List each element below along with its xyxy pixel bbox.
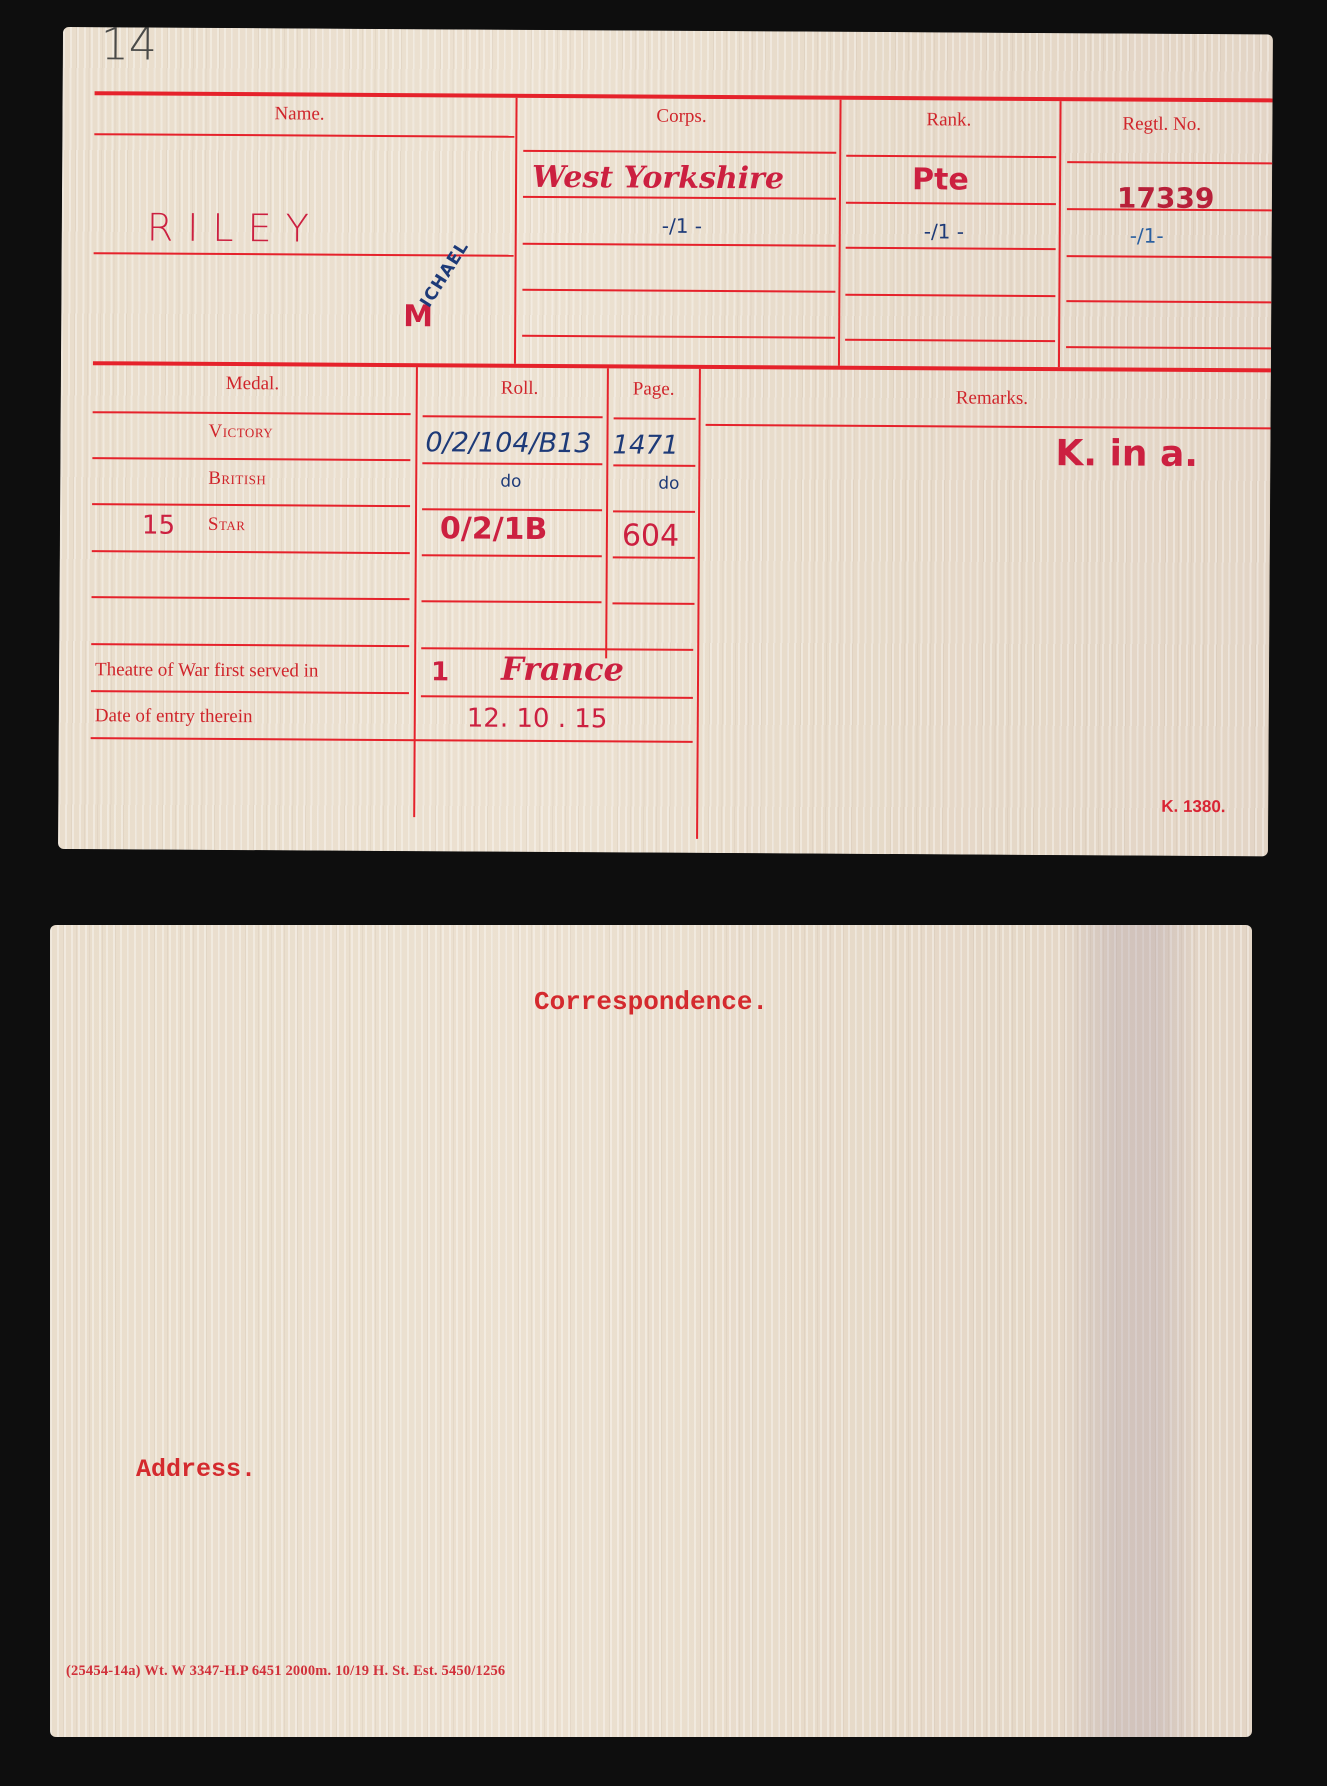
rule-page-5 <box>612 602 694 605</box>
divider-page-remarks <box>696 369 701 839</box>
divider-medal-roll <box>413 367 418 817</box>
divider-roll-page <box>605 368 609 658</box>
corps-value: West Yorkshire <box>532 160 784 197</box>
medal-index-card-back: Correspondence. Address. (25454-14a) Wt.… <box>50 925 1252 1737</box>
theatre-value: France <box>501 650 624 689</box>
rule-rank-1 <box>846 155 1056 158</box>
regt-no-ditto: -/1- <box>1130 224 1164 248</box>
star-roll: 0/2/1B <box>440 511 548 547</box>
corps-ditto: -/1 - <box>662 214 702 238</box>
victory-roll: 0/2/104/B13 <box>425 427 591 459</box>
rule-page-4 <box>613 556 695 559</box>
rule-rank-2 <box>846 202 1056 205</box>
medal-victory-label: Victory <box>208 421 273 443</box>
rule-medal-3 <box>92 503 410 507</box>
entry-date-value: 12. 10 . 15 <box>467 703 608 734</box>
rule-page-3 <box>613 510 695 513</box>
rule-regt-3 <box>1067 255 1272 258</box>
rule-corps-4 <box>522 289 835 293</box>
rule-roll-4 <box>422 554 602 557</box>
rule-top <box>95 91 1273 102</box>
rule-regt-5 <box>1066 346 1271 349</box>
rule-regt-4 <box>1066 300 1271 303</box>
rule-remarks-1 <box>706 424 1271 429</box>
rule-corps-1 <box>523 150 836 154</box>
medal-british-label: British <box>208 468 266 490</box>
header-roll: Roll. <box>501 378 539 400</box>
rule-roll-5 <box>421 600 601 603</box>
theatre-label: Theatre of War first served in <box>95 659 319 682</box>
header-corps: Corps. <box>656 106 706 128</box>
victory-page: 1471 <box>612 430 678 460</box>
rank-value: Pte <box>912 162 969 197</box>
rule-page-2 <box>613 464 695 467</box>
form-number: K. 1380. <box>1161 797 1225 817</box>
british-roll: do <box>500 472 521 492</box>
regt-no-value: 17339 <box>1117 181 1215 215</box>
header-rank: Rank. <box>926 109 971 131</box>
rule-rank-5 <box>845 339 1055 342</box>
british-page: do <box>658 474 679 494</box>
rule-medal-5 <box>92 596 410 600</box>
header-page: Page. <box>633 378 675 400</box>
rule-rank-4 <box>845 294 1055 297</box>
printer-imprint: (25454-14a) Wt. W 3347-H.P 6451 2000m. 1… <box>66 1663 505 1680</box>
rule-corps-3 <box>523 243 836 247</box>
forename-rest: ICHAEL <box>416 238 473 312</box>
divider-name-corps <box>514 98 518 364</box>
rule-roll-1 <box>423 415 603 418</box>
rule-page-1 <box>614 417 696 420</box>
rule-roll-2 <box>422 462 602 465</box>
medal-star-label: Star <box>208 514 246 536</box>
rule-mid <box>93 361 1271 372</box>
rule-medal-4 <box>92 550 410 554</box>
rule-bottom <box>91 737 693 743</box>
header-remarks: Remarks. <box>956 387 1028 409</box>
remarks-value: K. in a. <box>1055 433 1198 475</box>
fold-shadow <box>1060 925 1200 1737</box>
medal-index-card-front: 14 Name. Corps. Rank. Regtl. No. RILEY M… <box>58 27 1273 856</box>
rule-medal-1 <box>93 411 411 415</box>
divider-corps-rank <box>838 100 842 366</box>
rule-medal-6 <box>91 643 409 647</box>
entry-date-label: Date of entry therein <box>95 705 253 728</box>
rule-regt-1 <box>1067 161 1272 164</box>
rule-name-1 <box>94 133 514 138</box>
header-medal: Medal. <box>226 373 279 395</box>
header-regt-no: Regtl. No. <box>1122 113 1201 135</box>
sheet-number: 14 <box>101 19 157 70</box>
star-page: 604 <box>622 518 679 553</box>
header-name: Name. <box>274 103 324 125</box>
rule-roll-7 <box>421 695 693 699</box>
rule-rank-3 <box>846 247 1056 250</box>
address-label: Address. <box>136 1455 256 1484</box>
rank-ditto: -/1 - <box>924 219 964 243</box>
rule-medal-7 <box>91 690 409 694</box>
surname: RILEY <box>147 206 323 251</box>
rule-corps-2 <box>523 196 836 200</box>
rule-corps-5 <box>522 335 835 339</box>
correspondence-title: Correspondence. <box>534 987 768 1017</box>
theatre-code: 1 <box>431 657 449 687</box>
star-prefix: 15 <box>142 510 175 540</box>
rule-medal-2 <box>92 457 410 461</box>
divider-rank-regt <box>1058 101 1062 367</box>
